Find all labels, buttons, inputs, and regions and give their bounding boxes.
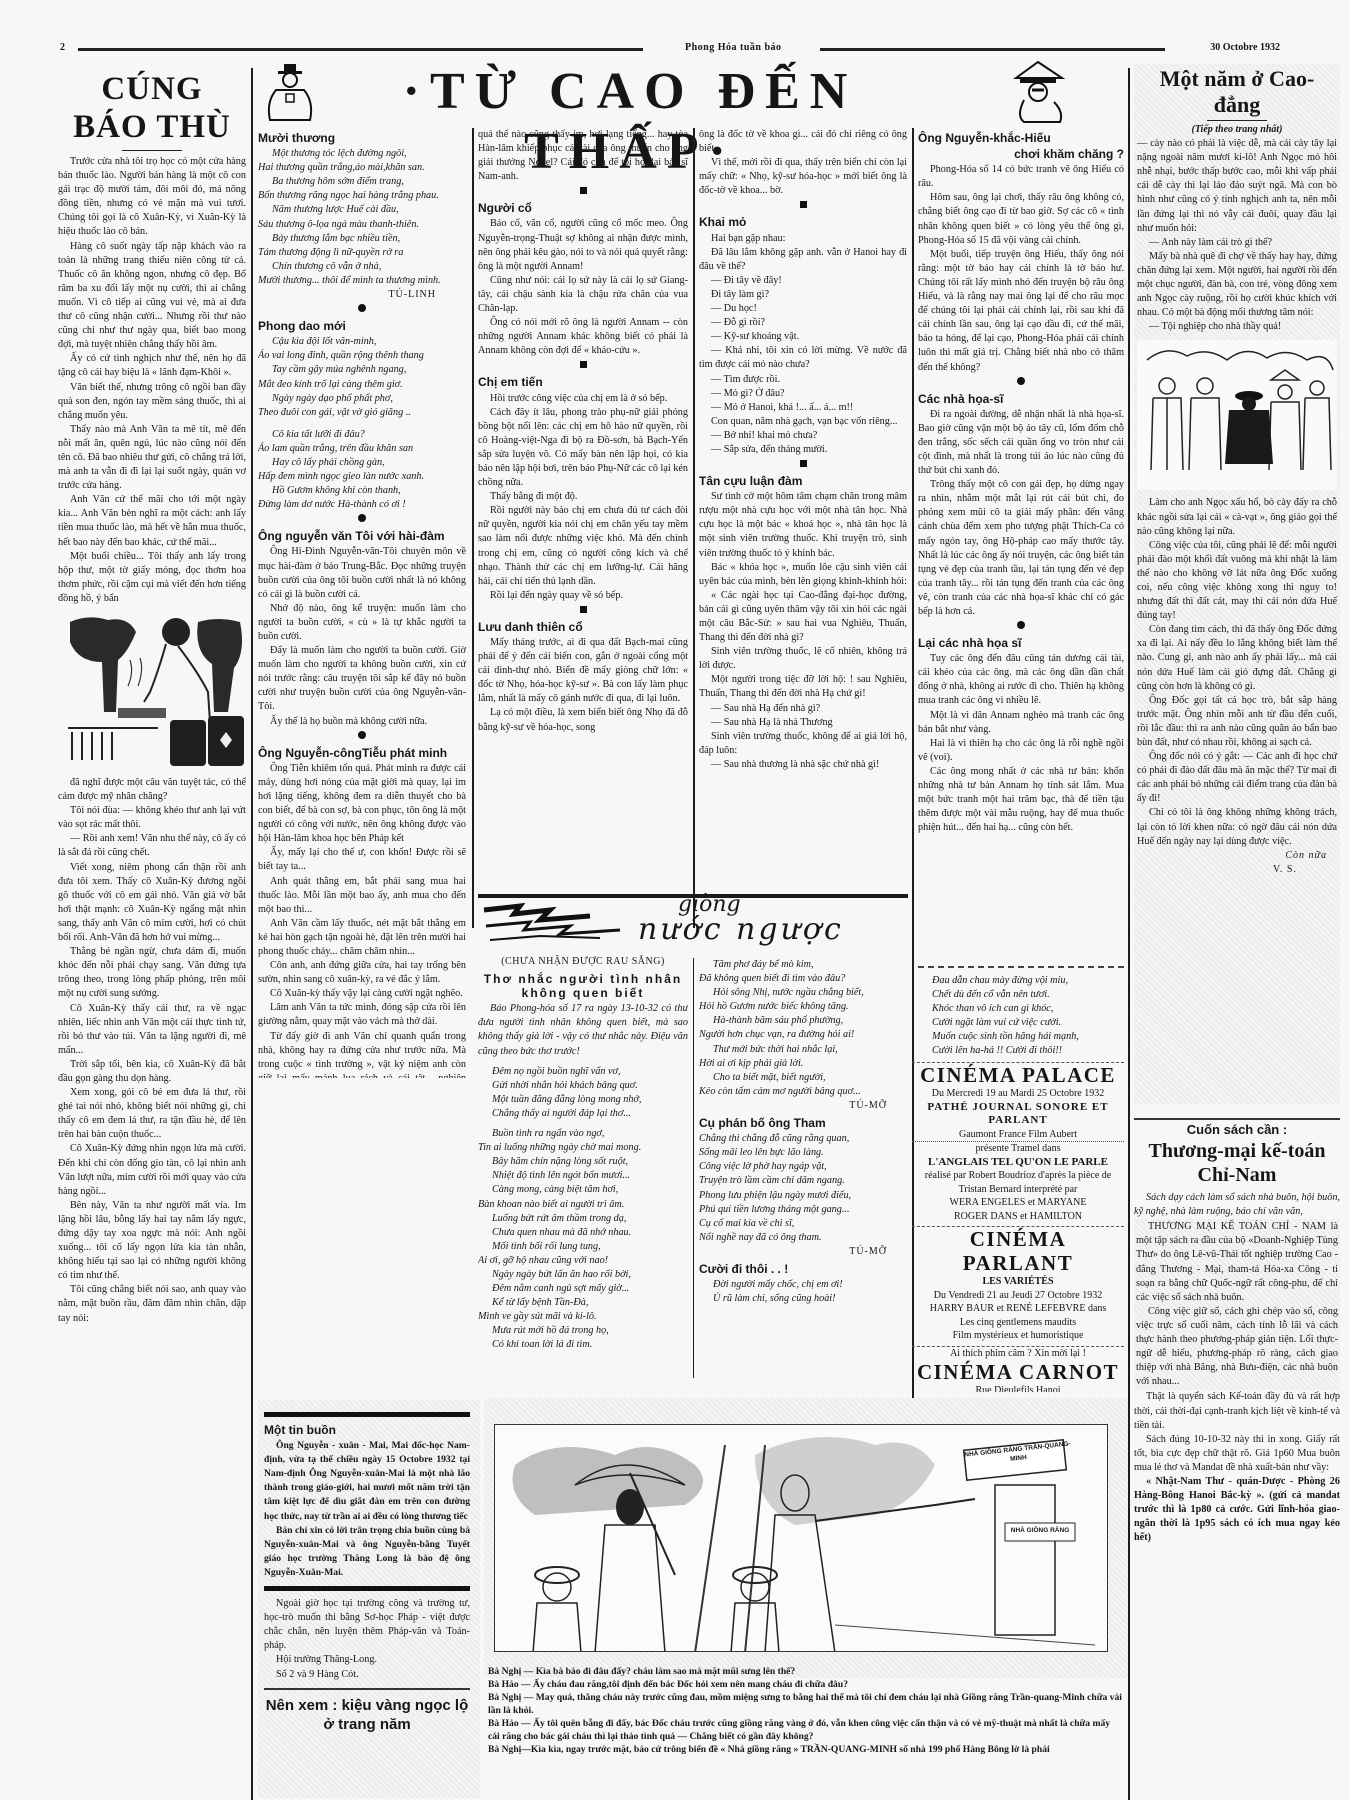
poem-line: Bàn khoan nào biết ai người tri âm. [478,1198,688,1212]
poem-line: Ngày ngày bứt lấn ăn hao rối bời, [478,1268,688,1282]
signature-tu-mo: TÚ-MỠ [699,1245,907,1259]
paragraph: Xem xong, gói cô bé em đưa lá thư, rồi g… [58,1086,246,1142]
section-title-khai-mo: Khai mỏ [699,215,907,229]
paragraph: Bác « khóa học », muốn lôe cậu sinh viên… [699,561,907,589]
book-ad-kicker: Cuốn sách cần : [1134,1123,1340,1137]
paragraph: — cày nào có phải là việc dễ, mà cái cày… [1137,137,1337,236]
paragraph: Trước cửa nhà tôi trọ học có một cửa hàn… [58,155,246,240]
ad-divider [264,1688,470,1690]
paragraph: Trời sắp tối, bên kia, cô Xuân-Kỳ đã bắt… [58,1058,246,1086]
paragraph: Nhớ độ nào, ông kể truyện: muốn làm cho … [258,602,466,644]
paragraph: Trông thấy một cô con gái đẹp, họ dừng n… [918,478,1124,619]
paragraph: Con quan, năm nhà gạch, vạn bạc vốn riên… [699,415,907,429]
poem-line: Kể từ lấy bệnh Tần-Đà, [478,1296,688,1310]
poem-line: Cô kia tất lưỡi đi đâu? [258,428,466,442]
paragraph: Côn anh, anh đứng giữa cửa, hai tay trốn… [258,959,466,987]
poem-line: Có khi toan lời lá đi tìm. [478,1338,688,1352]
cinema-line: Gaumont France Film Aubert [912,1128,1124,1143]
paragraph: Văn biết thế, nhưng trông cô ngồi ban đầ… [58,381,246,423]
poem-line: Chết dù đến cổ vẫn nên tươi. [918,988,1124,1002]
cinema-line: ROGER DANS et HAMILTON [912,1210,1124,1224]
column-divider [1128,68,1130,1800]
giong-nuoc-nguoc-banner: giòng nước ngược [478,888,908,950]
poem-line: Cụ cố mai kia về chi sĩ, [699,1217,907,1231]
title-tho-nhac: Thơ nhắc người tình nhân không quen biết [478,972,688,1000]
poem-line: Gửi nhời nhắn hỏi khách bâng quơ. [478,1079,688,1093]
poem-line: Kẻo còn tấm cảm mơ người bâng quơ... [699,1085,907,1099]
book-ad-thuong-mai-ke-toan: Cuốn sách cần : Thương-mại kế-toán Chỉ-N… [1134,1118,1340,1798]
section-separator [258,512,466,526]
intro-paragraph: Báo Phong-hóa số 17 ra ngày 13-10-32 có … [478,1002,688,1058]
paragraph: Còn đang tìm cách, thì đã thấy ông Đốc đ… [1137,623,1337,693]
poem-line: Sáu thương ô-lọa ngả màu thanh-thiên. [258,218,466,232]
paragraph: Vì thế, mới rồi đi qua, thấy trên biển c… [699,156,907,198]
paragraph: Mấy tháng trước, ai đi qua đất Bạch-mai … [478,636,688,706]
poem-line: Chẳng thấy ai người đáp lại thơ... [478,1107,688,1121]
paragraph: Thật là quyển sách Kế-toán đầy đủ và rất… [1134,1390,1340,1432]
poem-line: Tin ai luống những ngày chờ mai mong. [478,1141,688,1155]
poem-line: Cười lên ha-hả !! Cười đi thôi!! [918,1044,1124,1056]
tobacco-burning-illustration-icon [58,612,246,770]
paragraph: Chỉ có tôi là ông không những không trác… [1137,806,1337,848]
wave-lines-icon [480,902,630,946]
paragraph: Cách đây ít lâu, phong trào phụ-nữ giải … [478,406,688,491]
paragraph: Hồi trước công việc của chị em là ở só b… [478,392,688,406]
cinema-address: Rue Dieulefils Hanoi [912,1384,1124,1392]
poem-line: Chẳng thi chẳng đỗ cũng rằng quan, [699,1132,907,1146]
paragraph: Cô Xuân-Kỳ đứng nhìn ngọn lửa mà cười. Đ… [58,1142,246,1198]
poem-line: Phú quí tiền lương tháng một gang... [699,1203,907,1217]
poem-tho-nhac: Đêm nọ ngồi buồn nghĩ vẩn vơ, Gửi nhời n… [478,1065,688,1353]
section-title-cu-phan: Cụ phán bố ông Tham [699,1116,907,1130]
dental-sign-shop: NHÀ GIỒNG RĂNG [1007,1527,1073,1534]
section-title-tan-cuu-luan-dam: Tân cựu luận đàm [699,474,907,488]
poem-line: Đừng làm dơ nước Hà-thành có ơi ! [258,498,466,512]
column-5: Ông Nguyễn-khắc-Hiếu chơi khăm chăng ? P… [918,128,1124,968]
poem-line: Sống mãi leo lên bực lão làng. [699,1146,907,1160]
poem-line: Càng mong, càng biệt tăm hơi, [478,1183,688,1197]
header-rule-right [820,48,1165,51]
banner-tu-cao-den-thap: ·TỪ CAO ĐẾN THẤP· [330,62,930,122]
paragraph: Anh Văn cầm lấy thuốc, nét mặt bắt thằng… [258,917,466,959]
cinema-kicker: Ai thích phim câm ? Xin mời lại ! [912,1347,1124,1361]
poem-line: Hà-thành băm sáu phố phường, [699,1014,907,1028]
thick-rule [264,1586,470,1591]
book-intro: Sách dạy cách làm sổ sách nhà buôn, hội … [1134,1191,1340,1219]
condolence-text: Bản chí xin có lời trân trọng chia buồn … [264,1524,470,1580]
paragraph: Công việc giữ sổ, cách ghi chép vào sổ, … [1136,1305,1338,1390]
poem-line: Áo vai long đinh, quần rộng thênh thang [258,349,466,363]
ad-divider [912,1062,1124,1063]
poem-line: Năm thương lược Huế cài đầu, [258,203,466,217]
poem-muoi-thuong: Một thương tóc lệch đường ngôi, Hai thươ… [258,147,466,288]
paragraph: Ấy, mấy lại cho thế ư, con khốn! Được rồ… [258,846,466,874]
issue-date: 30 Octobre 1932 [1210,42,1280,53]
paragraph: — Sau nhà Hạ là nhà Thương [699,716,907,730]
paragraph: — Rồi anh xem! Văn nhu thế này, cô ấy có… [58,832,246,860]
spacer [258,420,466,428]
paragraph: Một buổi chiều... Tôi thấy anh lấy trong… [58,550,246,606]
giong-nuoc-left: (CHƯA NHẬN ĐƯỢC RAU SẮNG) Thơ nhắc người… [478,955,688,1380]
paragraph: Ông Hi-Đình Nguyễn-văn-Tôi chuyên môn về… [258,545,466,601]
paragraph: Một buổi, tiếp truyện ông Hiếu, thấy ông… [918,248,1124,375]
paragraph: Thấy bằng đi một độ. [478,490,688,504]
column-divider [251,68,253,1800]
poem-line: Hay cô lấy phải chồng gàn, [258,456,466,470]
paragraph: THƯƠNG MẠI KẾ TOÁN CHỈ - NAM là một tập … [1136,1220,1338,1305]
poem-line: Thư mới bức thời hai nhắc lại, [699,1043,907,1057]
poem-line: Cho ta biết mặt, biết người, [699,1071,907,1085]
poem-line: Mối tình bối rối lung tung, [478,1240,688,1254]
poem-line: Hỏi hồ Gươm nước biếc không tăng. [699,1000,907,1014]
paragraph: Mấy bà nhà quê đi chợ về thấy hay hay, đ… [1137,250,1337,320]
paragraph: Lạ có một điều, là xem biển biết ông Nhọ… [478,706,688,734]
dialogue-line: Bà Hảo — Ấy tôi quên bẵng đi đấy, bác Đố… [488,1717,1124,1743]
poem-line: Muốn cuộc sinh tồn hăng hái mạnh, [918,1030,1124,1044]
poem-line: Đau dẫn chau mày đừng vội mỉu, [918,974,1124,988]
poem-phong-dao: Cậu kia đội lốt văn-minh, Áo vai long đi… [258,335,466,512]
poem-line: Đời người mấy chốc, chị em ơi! [699,1278,907,1292]
paragraph: Ông có nói mới rõ ông là người Annam -- … [478,316,688,358]
paragraph: Công việc của tôi, cũng phải lẽ để: mỗi … [1137,539,1337,624]
column-3: quả thế nào cũng thấy im, hơi lạng tiếng… [478,128,688,928]
poem-line: Ngày ngày dạo phố phất phơ, [258,392,466,406]
paragraph: Phong-Hóa số 14 có bức tranh vẽ ông Hiếu… [918,163,1124,191]
section-title-luu-danh-thien-co: Lưu danh thiên cổ [478,620,688,634]
poem-tam-pho: Tăm phơ đáy bể mò kim, Đã không quen biế… [699,958,907,1099]
poem-line: Nhiệt độ tình lên ngót bốn mươi... [478,1169,688,1183]
paragraph: — Đi tây về đây! [699,274,907,288]
section-title-phong-dao-moi: Phong dao mới [258,319,466,333]
poem-line: Đêm nằm canh ngủ sợt mấy giờ... [478,1282,688,1296]
column-2: Mười thương Một thương tóc lệch đường ng… [258,128,466,1078]
poem-line: Bây hăm chín nặng lòng sốt ruột, [478,1155,688,1169]
poem-line: Một tuần đằng đẵng lòng mong nhớ, [478,1093,688,1107]
poem-line: Hời ai ơi kịp phải giả lời. [699,1057,907,1071]
title-rule [1207,120,1267,121]
section-separator [258,729,466,743]
paragraph: — Sau nhà thương là nhà sặc chứ nhà gì! [699,758,907,772]
cinema-line: Film mystérieux et humoristique [912,1329,1124,1343]
paragraph: Hôm sau, ông lại chơi, thấy râu ông khôn… [918,191,1124,247]
paragraph: đã nghĩ được một câu văn tuyệt tác, có t… [58,776,246,804]
paragraph: Sinh viên trường thuốc, lẽ cố nhiên, khô… [699,645,907,673]
paragraph: Báo cổ, văn cổ, người cũng cổ mốc meo. Ô… [478,217,688,273]
poem-line: Tăm phơ đáy bể mò kim, [699,958,907,972]
paragraph: Tôi cũng chẳng biết nói sao, anh quay và… [58,1283,246,1325]
section-separator [258,302,466,316]
school-name: Hội trường Thăng-Long. [264,1653,470,1667]
poem-line: Hai thương quần trắng,áo mài,khăn san. [258,161,466,175]
paragraph: Sinh viên trường thuốc, không để ai giả … [699,730,907,758]
story-title-line1: CÚNG [58,70,246,108]
film-title: L'ANGLAIS TEL QU'ON LE PARLE [912,1156,1124,1170]
book-title-line1: Thương-mại kế-toán [1134,1139,1340,1163]
story-cung-bao-thu: CÚNG BÁO THÙ Trước cửa nhà tôi trọ học c… [58,70,246,1790]
section-separator [478,184,688,198]
poem-cuoi-di-thoi-cont: Đau dẫn chau mày đừng vội mỉu, Chết dù đ… [918,974,1124,1056]
column-divider [472,128,474,928]
section-title-cuoi-di-thoi: Cười đi thôi . . ! [699,1262,907,1276]
paragraph: — Anh này làm cái trò gì thế? [1137,236,1337,250]
story-subtitle: (Tiếp theo trang nhất) [1137,123,1337,137]
paragraph: — Đỗ gì rồi? [699,316,907,330]
poem-cuoi-di-thoi: Đời người mấy chốc, chị em ơi! Ủ rũ làm … [699,1278,907,1306]
paragraph: « Các ngài học tại Cao-đẳng đại-học đườn… [699,589,907,645]
paragraph: — Khá nhỉ, tôi xin có lời mừng. Về nước … [699,344,907,372]
paragraph: Hai là vì thiên hạ cho các ông là rỗi ng… [918,737,1124,765]
poem-line: Mình ve gầy sút mãi và ki-lô. [478,1310,688,1324]
page-number: 2 [60,42,65,53]
poem-line: Ba thương hôm sớm điểm trang, [258,175,466,189]
paragraph: ông là đốc tờ về khoa gì... cái đó chỉ r… [699,128,907,156]
paragraph: — Sắp sửa, đến tháng mười. [699,443,907,457]
cinema-carnot-title: CINÉMA CARNOT [912,1360,1124,1384]
paragraph: Rồi người này bảo chị em chưa đủ tư cách… [478,504,688,589]
cinema-line: WERA ENGELES et MARYANE [912,1196,1124,1210]
illustration-students-group [1137,340,1337,490]
section-title-cac-nha-hoa-si: Các nhà họa-sĩ [918,392,1124,406]
paragraph: — Mỏ ở Hanoi, khá !... ấ... á... m!! [699,401,907,415]
section-title-nguyen-khac-hieu: Ông Nguyễn-khắc-Hiếu [918,131,1124,145]
poem-line: Cậu kia đội lốt văn-minh, [258,335,466,349]
poem-cu-phan: Chẳng thi chẳng đỗ cũng rằng quan, Sống … [699,1132,907,1245]
paragraph: Thằng bé ngần ngừ, chưa dám đi, muốn khó… [58,945,246,1001]
poem-line: Nối nghề nay đã có ông tham. [699,1231,907,1245]
paragraph: Anh Văn cứ thế mãi cho tới một ngày kia.… [58,493,246,549]
column-4: ông là đốc tờ về khoa gì... cái đó chỉ r… [699,128,907,928]
cinema-line: réalisé par Robert Boudrioz d'après la p… [912,1169,1124,1196]
paragraph: — Tìm được rồi. [699,373,907,387]
paragraph: Ông Đốc gọi tất cả học trò, bắt sắp hàng… [1137,694,1337,750]
paragraph: Một người trong tiệc đỡ lời hộ: ! sau Ng… [699,673,907,701]
paragraph: — Du học! [699,302,907,316]
poem-line: Đêm nọ ngồi buồn nghĩ vẩn vơ, [478,1065,688,1079]
obituary-text: Ông Nguyễn - xuân - Mai, Mai đốc-học Nam… [264,1439,470,1524]
poem-line: Bảy thương lắm bạc nhiều tiền, [258,232,466,246]
dental-ad-illustration: NHÀ GIỒNG RĂNG TRẦN-QUANG-MINH NHÀ GIỒNG… [494,1424,1108,1652]
book-details: THƯƠNG MẠI KẾ TOÁN CHỈ - NAM là một tập … [1134,1219,1340,1390]
section-title-mot-tin-buon: Một tin buồn [264,1423,470,1437]
ad-divider [1134,1118,1340,1120]
cinema-parlant-title: CINÉMA PARLANT [912,1227,1124,1275]
section-separator [918,375,1124,389]
book-title-line2: Chỉ-Nam [1134,1163,1340,1187]
story-title: Một năm ở Cao-đẳng [1137,66,1337,118]
paragraph: Cô Xuân-kỳ thấy vậy lại càng cười ngặt n… [258,987,466,1001]
section-separator [478,603,688,617]
section-title-muoi-thuong: Mười thương [258,131,466,145]
paragraph: — Tội nghiệp cho nhà thầy quá! [1137,320,1337,334]
poem-line: Cười ngặt làm vui cứ việc cười. [918,1016,1124,1030]
story-mot-nam-o-cao-dang: Một năm ở Cao-đẳng (Tiếp theo trang nhất… [1134,64,1340,1104]
thick-rule [264,1412,470,1417]
kicker-chua-nhan: (CHƯA NHẬN ĐƯỢC RAU SẮNG) [478,955,688,969]
paragraph: Anh quát thằng em, bắt phải sang mua hai… [258,875,466,917]
section-title-nguyen-van-toi: Ông nguyễn văn Tôi với hài-đàm [258,529,466,543]
section-separator [699,198,907,212]
poem-line: Theo đuôi con gái, vật vờ gió giăng .. [258,406,466,420]
paragraph: Sách đúng 10-10-32 này thì in xong. Giấy… [1134,1433,1340,1475]
paragraph: Rồi lại đến ngày quay về só bếp. [478,589,688,603]
column-divider [693,958,694,1378]
dialogue-line: Bà Nghị—Kìa kìa, ngay trước mặt, bảo cứ … [488,1743,1124,1756]
paragraph: Ấy có cứ tình nghịch như thế, nên họ đã … [58,352,246,380]
poem-line: Hấp đem mình ngọc gieo làn nước xanh. [258,470,466,484]
paragraph: Hai bạn gặp nhau: [699,232,907,246]
to-be-continued: Còn nữa [1137,849,1337,863]
poem-line: Công việc lờ phờ hay ngáp vặt, [699,1160,907,1174]
cinema-ads: CINÉMA PALACE Du Mercredi 19 au Mardi 25… [912,1062,1124,1392]
paragraph: Viết xong, niêm phong cẩn thận rồi anh đ… [58,861,246,946]
poem-line: Ủ rũ làm chi, sống cũng hoài! [699,1292,907,1306]
paragraph: Cũng như nói: cái lọ sứ này là cái lọ sứ… [478,274,688,316]
cinema-line: PATHÉ JOURNAL SONORE ET PARLANT [912,1101,1124,1128]
section-title-chi-em-tien: Chị em tiến [478,375,688,389]
signature-vs: V. S. [1137,863,1337,877]
section-title-lai-cac-nha-hoa-si: Lại các nhà họa sĩ [918,636,1124,650]
signature-tu-linh: TÚ-LINH [258,288,466,302]
poem-line: Phong lưu phiện lậu ngày mươi điếu, [699,1189,907,1203]
header-rule-left [78,48,643,51]
giong-nuoc-right: Tăm phơ đáy bể mò kim, Đã không quen biế… [699,958,907,1383]
dental-ad-dialogue: Bà Nghị — Kìa bà bảo đi đâu đấy? cháu là… [488,1665,1124,1800]
cinema-palace-title: CINÉMA PALACE [912,1063,1124,1087]
poem-line: Tay cầm gậy múa nghênh ngang, [258,363,466,377]
poem-line: Chín thương cô vẫn ở nhà, [258,260,466,274]
signature-tu-mo: TÚ-MỠ [699,1099,907,1113]
paragraph: Hàng cô suốt ngày tấp nập khách vào ra t… [58,240,246,353]
paragraph: quả thế nào cũng thấy im, hơi lạng tiếng… [478,128,688,184]
poem-line: Mười thương... thôi để mình ta thương mì… [258,274,466,288]
section-title-nguyen-cong-tieu: Ông Nguyễn-côngTiễu phát minh [258,746,466,760]
publisher-address: « Nhật-Nam Thư - quán-Dược - Phòng 26 Hà… [1134,1475,1340,1545]
paragraph: Đấy là muốn làm cho người ta buồn cười. … [258,644,466,714]
story-title-line2: BÁO THÙ [58,108,246,146]
section-separator [478,358,688,372]
section-separator [699,457,907,471]
section-subtitle-choi-kham: chơi khăm chăng ? [918,147,1124,161]
poem-line: Mưa rút mới hồ đá trong họ, [478,1324,688,1338]
dialogue-line: Bà Nghị — May quá, thằng cháu này trước … [488,1691,1124,1717]
poem-line: Khóc than vô ích can gì khóc, [918,1002,1124,1016]
paragraph: — Kỹ-sư khoáng vật. [699,330,907,344]
paragraph: Đã lâu lắm không gặp anh. vẫn ở Hanoi ha… [699,246,907,274]
paragraph: Ấy thế là họ buồn mà không cười nữa. [258,715,466,729]
teaser-kieu-vang: Nên xem : kiệu vàng ngọc lộ ở trang năm [264,1696,470,1734]
paragraph: Ông Tiễn khiêm tốn quá. Phát minh ra đượ… [258,762,466,847]
obituary-and-ads: Một tin buồn Ông Nguyễn - xuân - Mai, Ma… [264,1412,470,1792]
cinema-line: Du Mercredi 19 au Mardi 25 Octobre 1932 [912,1087,1124,1101]
poem-line: Hồ Gươm không khi còn thanh, [258,484,466,498]
paragraph: Đi ra ngoài đường, dễ nhận nhất là nhà h… [918,408,1124,478]
paragraph: — Bở nhỉ! khai mỏ chưa? [699,429,907,443]
paragraph: Đi tây làm gì? [699,288,907,302]
page-header: 2 Phong Hóa tuần báo 30 Octobre 1932 [60,42,1290,56]
cinema-line: HARRY BAUR et RENÉ LEFEBVRE dans [912,1302,1124,1316]
section-separator [918,619,1124,633]
publication-name: Phong Hóa tuần báo [685,42,782,53]
poem-line: Hỏi sông Nhị, nước ngầu chẳng biết, [699,986,907,1000]
paragraph: Ông đốc nói có ý gắt: — Các anh đi học c… [1137,750,1337,806]
paragraph: Các ông mong nhất ở các nhà tư bản: khốn… [918,765,1124,835]
poem-line: Mắt đeo kính trố lại càng thêm giơ. [258,378,466,392]
cinema-line: Les cinq gentlemens maudits [912,1316,1124,1330]
paragraph: Sư tình cờ một hôm tâm chạm chăn trong m… [699,490,907,560]
students-and-teacher-illustration-icon [1137,340,1337,490]
poem-line: Buồn tình ra ngẩn vào ngơ, [478,1127,688,1141]
poem-cuoi-continued: Đau dẫn chau mày đừng vội mỉu, Chết dù đ… [918,966,1124,1056]
dialogue-line: Bà Hảo — Ấy cháu đau răng,tôi định đến b… [488,1678,1124,1691]
school-address: Số 2 và 9 Hàng Cót. [264,1668,470,1682]
paragraph: — Sau nhà Hạ đến nhà gì? [699,702,907,716]
mandarin-figure-icon [258,62,328,130]
title-rule [122,150,182,151]
paragraph: Làm cho anh Ngọc xấu hổ, bỏ cày đấy ra c… [1137,496,1337,538]
poem-line: Truyện trò lầm cầm chỉ dăm ngang. [699,1174,907,1188]
paragraph: Một là vì dân Annam nghèo mà tranh các ô… [918,709,1124,737]
column-divider [693,128,695,928]
peasant-figure-icon [1010,60,1068,124]
school-ad-text: Ngoài giờ học tại trường công và trường … [264,1597,470,1653]
paragraph: Tôi nói đùa: — không khéo thư anh lại vứ… [58,804,246,832]
paragraph: Bên này, Văn ta như người mất vía. Im lặ… [58,1199,246,1284]
paragraph: Cô Xuân-Kỳ thấy cái thư, ra về ngạc nhiê… [58,1002,246,1058]
poem-line: Tám thương động lì nữ-quyền rở ra [258,246,466,260]
paragraph: Lâm anh Văn ta tức mình, đóng sập cửa rồ… [258,1001,466,1029]
poem-line: Ai ơi, gỡ hộ nhau cũng với nao! [478,1254,688,1268]
paragraph: — Mỏ gì? Ở đâu? [699,387,907,401]
paragraph: Tuy các ông đến đâu cũng tán dương cái t… [918,652,1124,708]
poem-line: Người hơn chục vạn, ra đường hỏi ai! [699,1028,907,1042]
poem-line: Áo lam quần trắng, trên đầu khăn san [258,442,466,456]
paragraph: Thấy nào mà Anh Văn ta mê tít, mê đến nỗ… [58,423,246,493]
poem-line: Chưa quen nhau mà đã nhớ nhau. [478,1226,688,1240]
poem-line: Bốn thương răng ngọc hai hàng trắng phau… [258,189,466,203]
poem-line: Luống bứt rứt âm thầm trong dạ, [478,1212,688,1226]
cinema-line: Du Vendredi 21 au Jeudi 27 Octobre 1932 [912,1289,1124,1303]
section-title-nguoi-co: Người cổ [478,201,688,215]
cinema-line: présente Tramel dans [912,1142,1124,1156]
cinema-line: LES VARIÉTÉS [912,1275,1124,1289]
banner-word-nuoc-nguoc: nước ngược [638,914,844,946]
illustration-tobacco-seller [58,612,246,770]
dialogue-line: Bà Nghị — Kìa bà bảo đi đâu đấy? cháu là… [488,1665,1124,1678]
poem-line: Một thương tóc lệch đường ngôi, [258,147,466,161]
paragraph: Từ đấy giờ đi anh Văn chỉ quanh quẩn tro… [258,1030,466,1078]
poem-line: Đã không quen biết đi tìm vào đâu? [699,972,907,986]
